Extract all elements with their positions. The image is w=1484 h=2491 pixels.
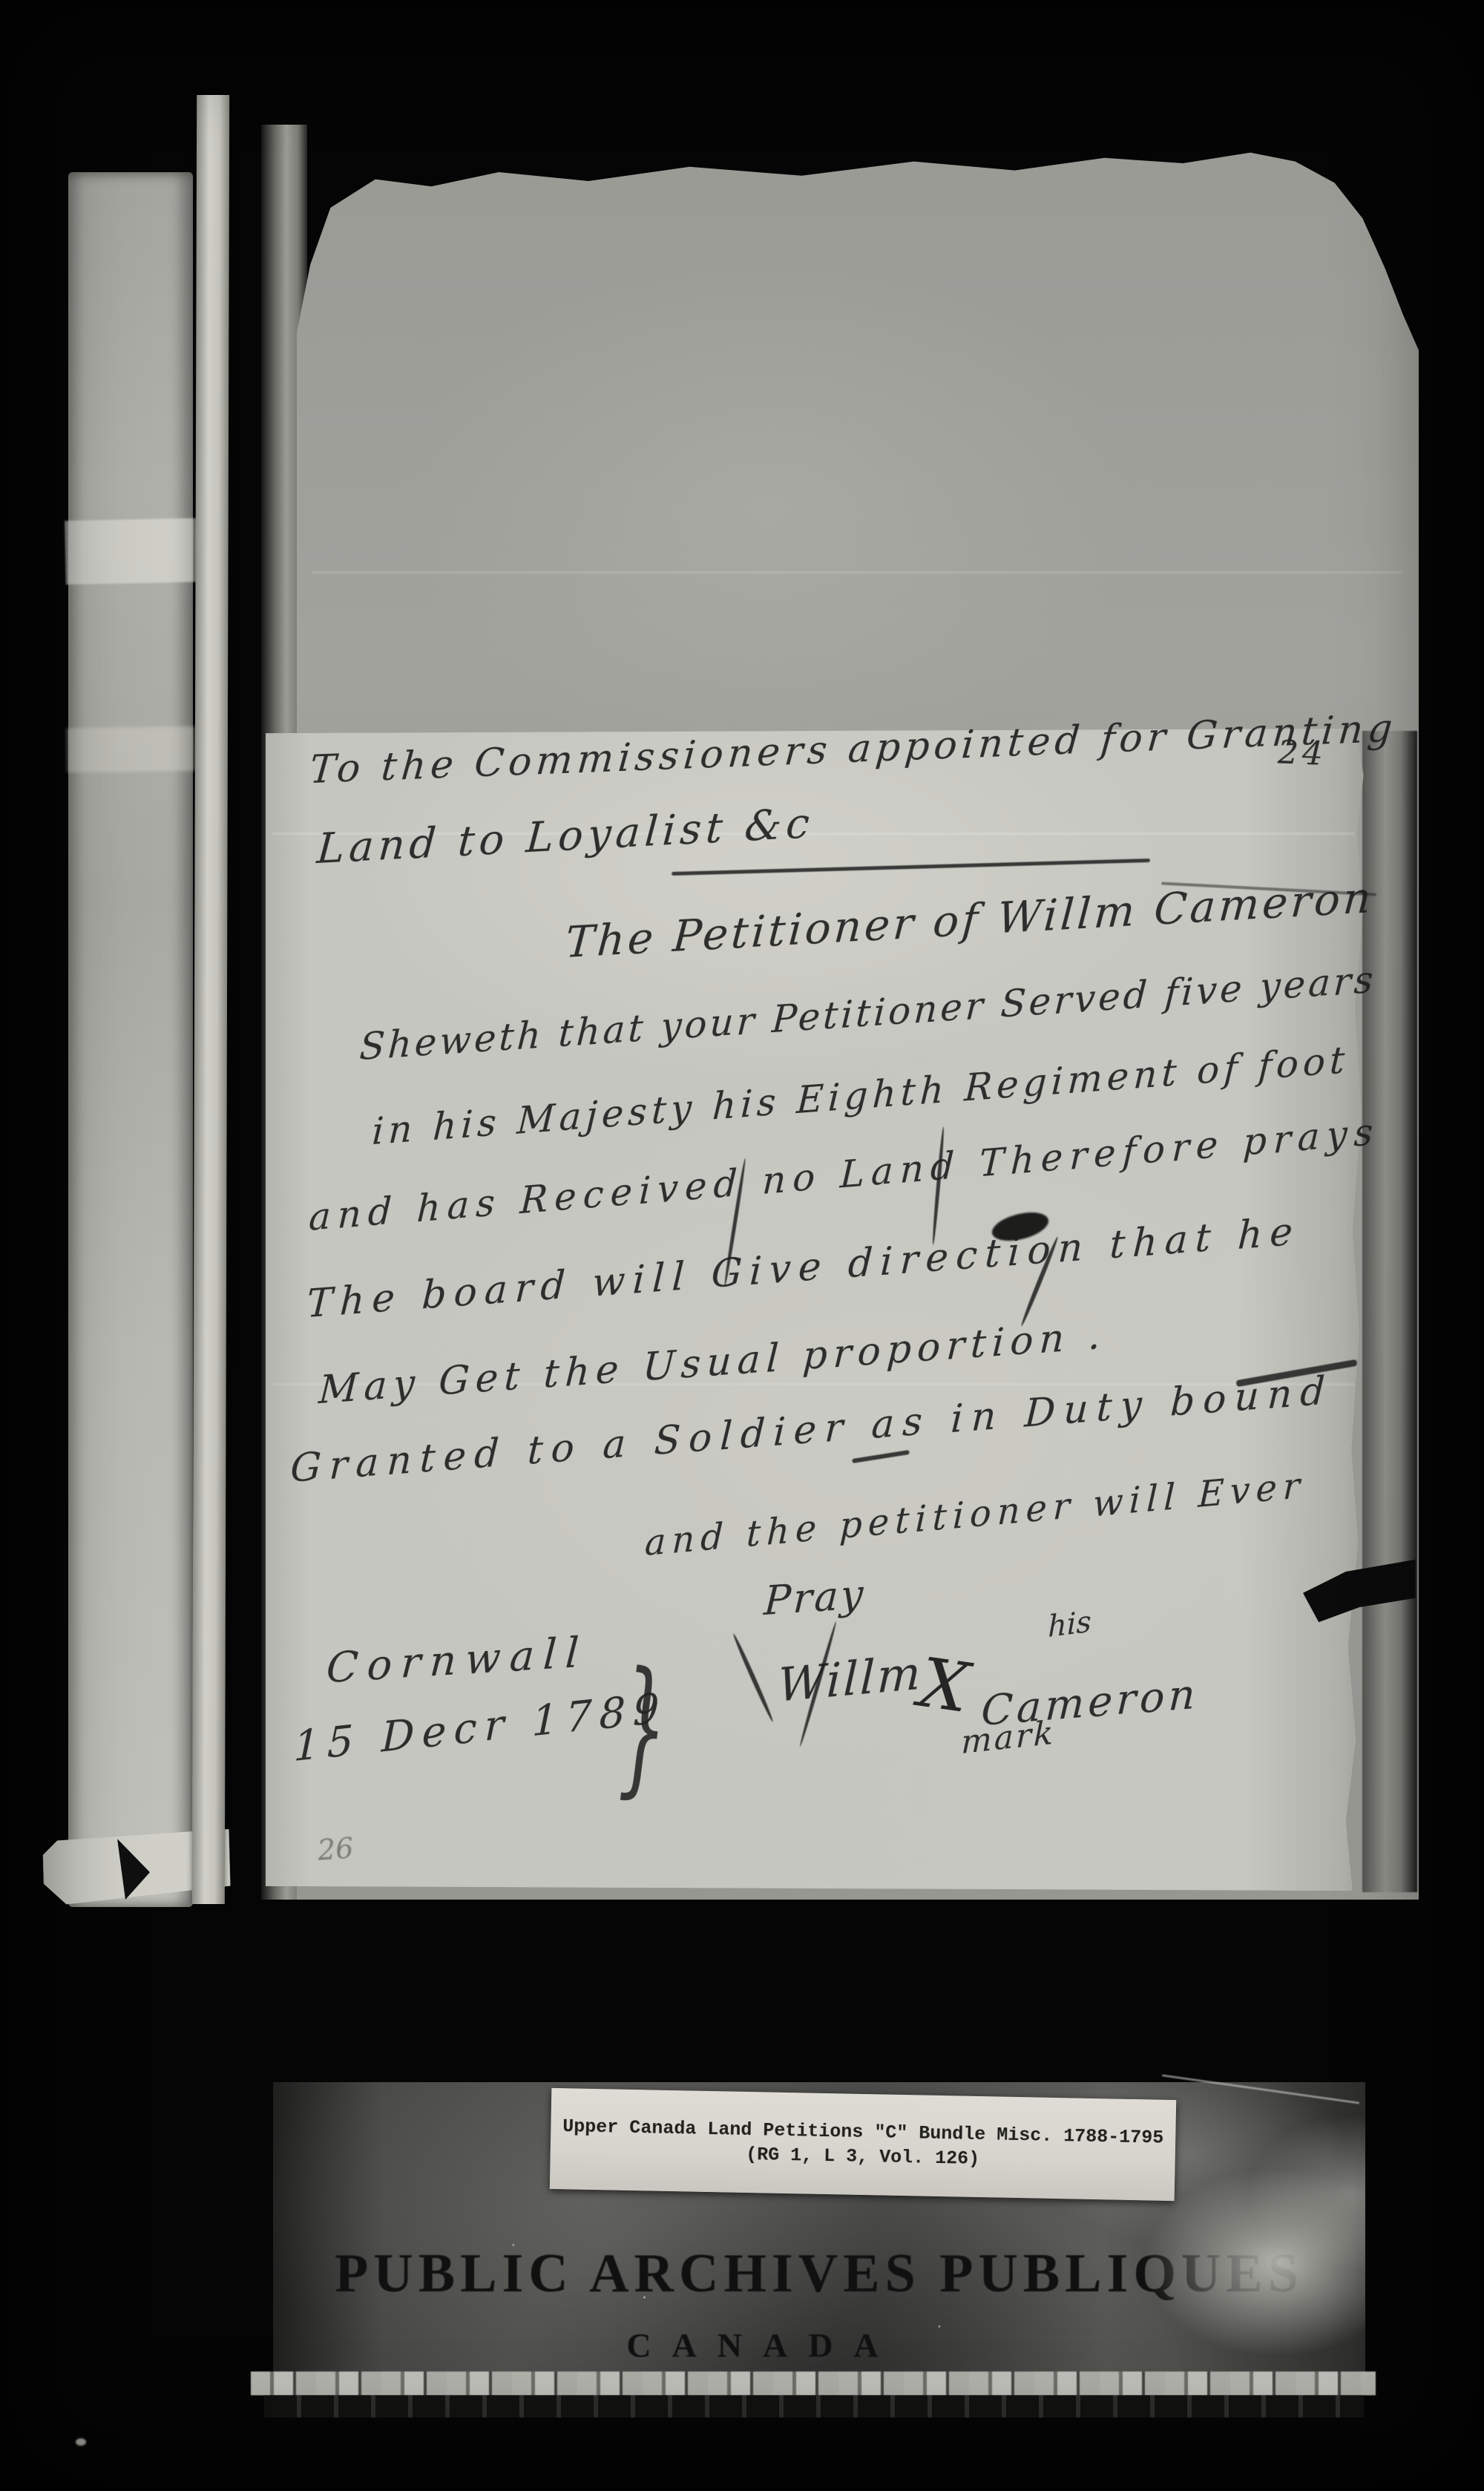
reference-label-line2: (RG 1, L 3, Vol. 126) — [746, 2144, 980, 2170]
hw-signature-x-mark: X — [915, 1643, 974, 1728]
reference-label: Upper Canada Land Petitions "C" Bundle M… — [550, 2088, 1176, 2201]
left-strip-tape-band — [65, 518, 198, 585]
bottom-speckle-strip — [251, 2372, 1376, 2395]
pencil-number: 26 — [317, 1831, 355, 1866]
reference-label-line1: Upper Canada Land Petitions "C" Bundle M… — [562, 2116, 1164, 2149]
bottom-dark-strip — [264, 2395, 1364, 2418]
left-paper-strip-narrow — [192, 95, 229, 1904]
archive-subtitle: CANADA — [273, 2326, 1252, 2365]
microfilm-frame: 24 To the Commissioners appointed for Gr… — [0, 0, 1484, 2491]
archive-title: PUBLIC ARCHIVES PUBLIQUES — [273, 2242, 1365, 2305]
hw-brace: } — [617, 1638, 669, 1816]
hw-line-pray: Pray — [763, 1570, 867, 1624]
left-strip-light-band — [67, 726, 197, 772]
bottom-left-speck — [76, 2438, 86, 2446]
left-paper-strip-wide — [68, 172, 193, 1907]
hw-signature-his: his — [1048, 1604, 1091, 1644]
